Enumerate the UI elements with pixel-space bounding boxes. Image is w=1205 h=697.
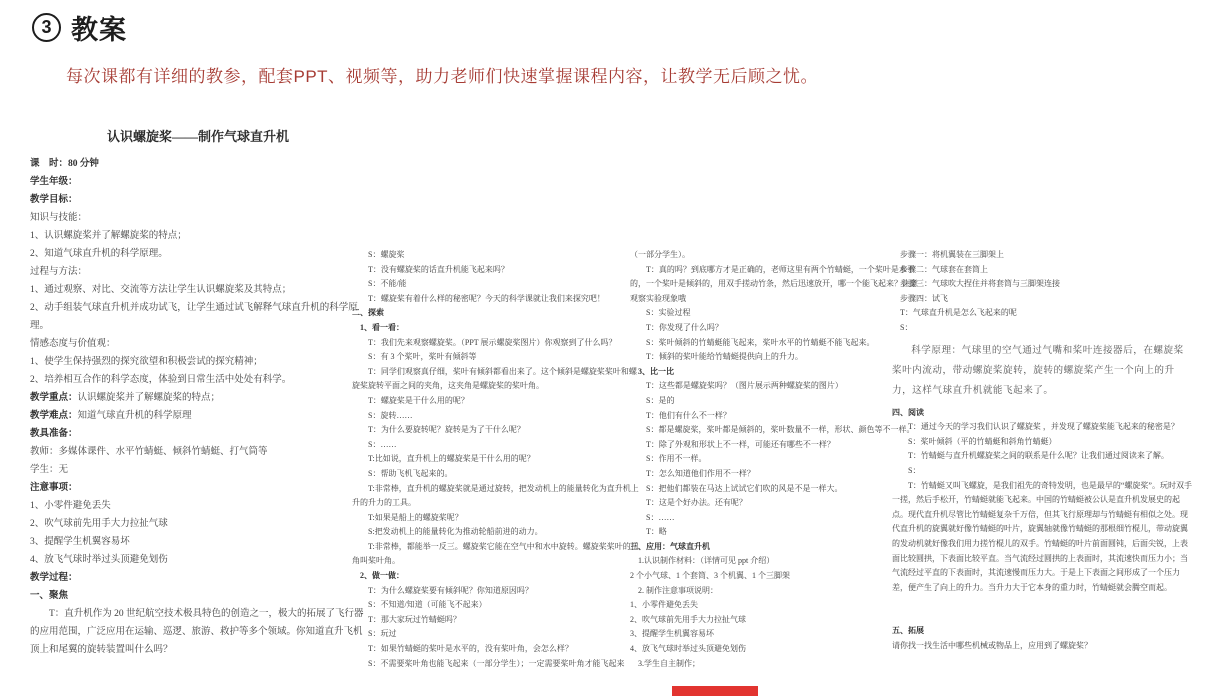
progress-indicator[interactable] bbox=[672, 686, 758, 696]
doc-line: 1、小零件避免丢失 bbox=[30, 497, 366, 515]
doc-line: 2、吹气球前先用手大力拉扯气球 bbox=[630, 613, 920, 628]
doc-line: T:如果是船上的螺旋桨呢？ bbox=[352, 511, 642, 526]
doc-line bbox=[892, 603, 1192, 616]
doc-line: S：旋转…… bbox=[352, 409, 642, 424]
doc-line: S：作用不一样。 bbox=[630, 452, 920, 467]
doc-line: 3.学生自主制作； bbox=[630, 657, 920, 672]
doc-page-4: 步骤一：将机翼装在三脚架上步骤二：气球套在套筒上步骤三：气球吹大捏住并将套筒与三… bbox=[892, 248, 1192, 653]
doc-line: 三、应用：气球直升机 bbox=[630, 540, 920, 555]
doc-line: 教学目标： bbox=[30, 191, 366, 209]
doc-title: 认识螺旋桨——制作气球直升机 bbox=[30, 128, 366, 146]
doc-line: T：气球直升机是怎么飞起来的呢 bbox=[892, 306, 1192, 321]
doc-line: T：倾斜的桨叶能给竹蜻蜓提供向上的升力。 bbox=[630, 350, 920, 365]
doc-line: T：除了外观和形状上不一样，可能还有哪些不一样？ bbox=[630, 438, 920, 453]
doc-line: T：怎么知道他们作用不一样？ bbox=[630, 467, 920, 482]
doc-line: T：同学们观察真仔细，桨叶有倾斜都看出来了。这个倾斜是螺旋桨桨叶和螺旋桨旋转平面… bbox=[352, 365, 642, 394]
doc-line: T：直升机作为 20 世纪航空技术极具特色的创造之一，极大的拓展了飞行器的应用范… bbox=[30, 605, 366, 659]
lesson-plan-document: 认识螺旋桨——制作气球直升机 课 时：80 分钟学生年级：教学目标：知识与技能：… bbox=[30, 128, 1192, 694]
doc-line: S：玩过 bbox=[352, 627, 642, 642]
doc-page-4-body: 步骤一：将机翼装在三脚架上步骤二：气球套在套筒上步骤三：气球吹大捏住并将套筒与三… bbox=[892, 248, 1192, 653]
doc-line: T:非常棒，直升机的螺旋桨就是通过旋转，把发动机上的能量转化为直升机上升的升力的… bbox=[352, 482, 642, 511]
doc-page-1: 认识螺旋桨——制作气球直升机 课 时：80 分钟学生年级：教学目标：知识与技能：… bbox=[30, 128, 366, 659]
doc-line: T：为什么要旋转呢？旋转是为了干什么呢？ bbox=[352, 423, 642, 438]
doc-line: S：不能/能 bbox=[352, 277, 642, 292]
doc-line: T：那大家玩过竹蜻蜓吗？ bbox=[352, 613, 642, 628]
doc-line: T：螺旋桨是干什么用的呢？ bbox=[352, 394, 642, 409]
doc-line: 教师：多媒体课件、水平竹蜻蜓、倾斜竹蜻蜓、打气筒等 bbox=[30, 443, 366, 461]
doc-line: T:比如说，直升机上的螺旋桨是干什么用的呢？ bbox=[352, 452, 642, 467]
doc-line: 请你找一找生活中哪些机械或物品上，应用到了螺旋桨？ bbox=[892, 639, 1192, 654]
doc-line: 学生年级： bbox=[30, 173, 366, 191]
doc-line: T：这些都是螺旋桨吗？（图片展示两种螺旋桨的图片） bbox=[630, 379, 920, 394]
doc-line: T:非常棒，都能举一反三。螺旋桨它能在空气中和水中旋转。螺旋桨桨叶的扭角叫桨叶角… bbox=[352, 540, 642, 569]
doc-line: S：都是螺旋桨，桨叶都是倾斜的，桨叶数量不一样，形状、颜色等不一样。 bbox=[630, 423, 920, 438]
doc-line: T：他们有什么不一样？ bbox=[630, 409, 920, 424]
doc-line: 1、认识螺旋桨并了解螺旋桨的特点； bbox=[30, 227, 366, 245]
doc-line: S：螺旋桨 bbox=[352, 248, 642, 263]
doc-line: 1.认识制作材料：（详情可见 ppt 介绍） bbox=[630, 554, 920, 569]
doc-line: （一部分学生）。 bbox=[630, 248, 920, 263]
doc-line: 情感态度与价值观： bbox=[30, 335, 366, 353]
doc-line: T：螺旋桨有着什么样的秘密呢？今天的科学课就让我们来探究吧！ bbox=[352, 292, 642, 307]
doc-page-3-body: （一部分学生）。T：真的吗？到底哪方才是正确的，老师这里有两个竹蜻蜓，一个桨叶是… bbox=[630, 248, 920, 671]
doc-line: S： bbox=[892, 321, 1192, 336]
doc-line-label: 教学难点： bbox=[30, 411, 78, 421]
doc-page-3: （一部分学生）。T：真的吗？到底哪方才是正确的，老师这里有两个竹蜻蜓，一个桨叶是… bbox=[630, 248, 920, 671]
doc-line: 3、提醒学生机翼容易坏 bbox=[30, 533, 366, 551]
doc-line: 课 时：80 分钟 bbox=[30, 155, 366, 173]
doc-line: 知识与技能： bbox=[30, 209, 366, 227]
doc-line: 1、通过观察、对比、交流等方法让学生认识螺旋桨及其特点； bbox=[30, 281, 366, 299]
doc-line: 2、吹气球前先用手大力拉扯气球 bbox=[30, 515, 366, 533]
doc-line: T：你发现了什么吗？ bbox=[630, 321, 920, 336]
doc-page-1-body: 课 时：80 分钟学生年级：教学目标：知识与技能：1、认识螺旋桨并了解螺旋桨的特… bbox=[30, 155, 366, 659]
circled-3-badge: 3 bbox=[32, 13, 61, 42]
doc-page-2: S：螺旋桨T：没有螺旋桨的话直升机能飞起来吗？S：不能/能T：螺旋桨有着什么样的… bbox=[352, 248, 642, 671]
doc-line: S：不需要桨叶角也能飞起来（一部分学生）；一定需要桨叶角才能飞起来 bbox=[352, 657, 642, 672]
doc-line: S： bbox=[892, 464, 1192, 479]
doc-line: 五、拓展 bbox=[892, 624, 1192, 639]
doc-line: T：略 bbox=[630, 525, 920, 540]
doc-line: 一、聚焦 bbox=[30, 587, 366, 605]
doc-line: 2、知道气球直升机的科学原理。 bbox=[30, 245, 366, 263]
doc-line: S：…… bbox=[630, 511, 920, 526]
doc-line: S：桨叶倾斜（平的竹蜻蜓和斜角竹蜻蜓） bbox=[892, 435, 1192, 450]
doc-line: 2 个小气球、1 个套筒、3 个机翼、1 个三脚架 bbox=[630, 569, 920, 584]
doc-line: 2、动手组装气球直升机并成功试飞，让学生通过试飞解释气球直升机的科学原理。 bbox=[30, 299, 366, 335]
doc-line: 教学过程： bbox=[30, 569, 366, 587]
doc-line: 步骤一：将机翼装在三脚架上 bbox=[892, 248, 1192, 263]
doc-line: S：不知道/知道（可能飞不起来） bbox=[352, 598, 642, 613]
doc-line: S：帮助飞机飞起来的。 bbox=[352, 467, 642, 482]
doc-line: 2. 制作注意事项说明： bbox=[630, 584, 920, 599]
doc-line: 4、放飞气球时举过头顶避免划伤 bbox=[30, 551, 366, 569]
doc-line: 3、比一比 bbox=[630, 365, 920, 380]
doc-line: T：我们先来观察螺旋桨。（PPT 展示螺旋桨图片）你观察到了什么吗？ bbox=[352, 336, 642, 351]
doc-line: T：竹蜻蜓与直升机螺旋桨之间的联系是什么呢？让我们通过阅读来了解。 bbox=[892, 449, 1192, 464]
doc-line: T：竹蜻蜓又叫飞螺旋，是我们祖先的奇特发明，也是最早的“螺旋桨”。玩时双手一搓，… bbox=[892, 479, 1192, 596]
doc-line: 教学难点：知道气球直升机的科学原理 bbox=[30, 407, 366, 425]
doc-line: 学生：无 bbox=[30, 461, 366, 479]
doc-line: S：把他们都装在马达上试试它们吹的风是不是一样大。 bbox=[630, 482, 920, 497]
doc-line: S:把发动机上的能量转化为推动轮船前进的动力。 bbox=[352, 525, 642, 540]
doc-line: S：实验过程 bbox=[630, 306, 920, 321]
section-header: 3 教案 bbox=[32, 8, 127, 47]
doc-line: 四、阅读 bbox=[892, 406, 1192, 421]
doc-line: S：有 3 个桨叶，桨叶有倾斜等 bbox=[352, 350, 642, 365]
doc-line: 步骤二：气球套在套筒上 bbox=[892, 263, 1192, 278]
section-subtitle: 每次课都有详细的教参，配套PPT、视频等，助力老师们快速掌握课程内容，让教学无后… bbox=[66, 62, 818, 87]
doc-line: S：…… bbox=[352, 438, 642, 453]
doc-line: T：如果竹蜻蜓的桨叶是水平的，没有桨叶角，会怎么样？ bbox=[352, 642, 642, 657]
doc-line: 2、培养相互合作的科学态度，体验到日常生活中处处有科学。 bbox=[30, 371, 366, 389]
doc-line: 1、使学生保持强烈的探究欲望和积极尝试的探究精神； bbox=[30, 353, 366, 371]
doc-line: 二、探索 bbox=[352, 306, 642, 321]
doc-line: 过程与方法： bbox=[30, 263, 366, 281]
doc-line: T：这是个好办法。还有呢？ bbox=[630, 496, 920, 511]
doc-line: T：为什么螺旋桨要有倾斜呢？你知道原因吗？ bbox=[352, 584, 642, 599]
doc-line: 注意事项： bbox=[30, 479, 366, 497]
doc-line-label: 教学重点： bbox=[30, 393, 78, 403]
doc-line: 科学原理：气球里的空气通过气嘴和桨叶连接器后，在螺旋桨桨叶内流动，带动螺旋桨旋转… bbox=[892, 341, 1192, 401]
doc-line: 2、做一做： bbox=[352, 569, 642, 584]
doc-page-2-body: S：螺旋桨T：没有螺旋桨的话直升机能飞起来吗？S：不能/能T：螺旋桨有着什么样的… bbox=[352, 248, 642, 671]
doc-line: T：真的吗？到底哪方才是正确的，老师这里有两个竹蜻蜓，一个桨叶是水平的，一个桨叶… bbox=[630, 263, 920, 307]
doc-line: 4、放飞气球时举过头顶避免划伤 bbox=[630, 642, 920, 657]
doc-line: S：是的 bbox=[630, 394, 920, 409]
doc-line: 步骤四：试飞 bbox=[892, 292, 1192, 307]
doc-line: 教学重点：认识螺旋桨并了解螺旋桨的特点； bbox=[30, 389, 366, 407]
doc-line: S：桨叶倾斜的竹蜻蜓能飞起来，桨叶水平的竹蜻蜓不能飞起来。 bbox=[630, 336, 920, 351]
doc-line: 3、提醒学生机翼容易坏 bbox=[630, 627, 920, 642]
doc-line: 教具准备： bbox=[30, 425, 366, 443]
doc-line: 1、小零件避免丢失 bbox=[630, 598, 920, 613]
doc-line: 1、看一看： bbox=[352, 321, 642, 336]
doc-line: T：通过今天的学习我们认识了螺旋桨 ，并发现了螺旋桨能飞起来的秘密是？ bbox=[892, 420, 1192, 435]
doc-line: 步骤三：气球吹大捏住并将套筒与三脚架连接 bbox=[892, 277, 1192, 292]
doc-line: T：没有螺旋桨的话直升机能飞起来吗？ bbox=[352, 263, 642, 278]
section-title: 教案 bbox=[71, 8, 127, 47]
